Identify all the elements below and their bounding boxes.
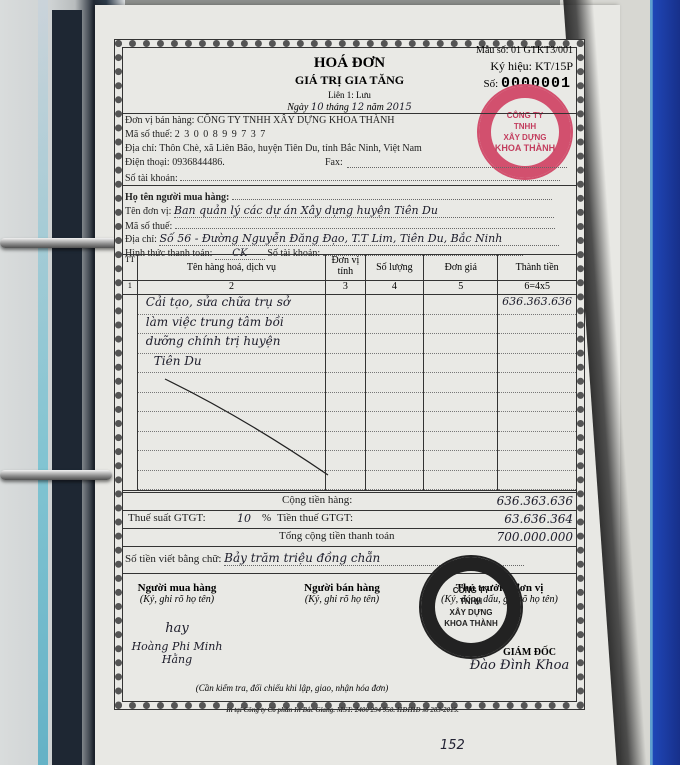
subtotal-label: Cộng tiền hàng: xyxy=(282,494,352,506)
amount-value: 636.363.636 xyxy=(498,295,576,315)
vat-rate-label: Thuế suất GTGT: xyxy=(128,512,206,524)
date-month: 12 xyxy=(351,102,364,113)
form-number: Mẫu số: 01 GTKT3/001 xyxy=(476,45,573,56)
seller-name: CÔNG TY TNHH XÂY DỰNG KHOA THÀNH xyxy=(197,115,395,126)
row-price xyxy=(424,295,498,491)
index-cell: 6=4x5 xyxy=(498,281,577,295)
strike-line-icon xyxy=(163,377,333,477)
row-quantity xyxy=(365,295,424,491)
buyer-address-row: Địa chỉ: Số 56 - Đường Nguyễn Đăng Đạo, … xyxy=(125,232,577,246)
percent-sign: % xyxy=(262,512,271,524)
col-description: Tên hàng hoá, dịch vụ xyxy=(137,255,325,281)
buyer-unit-row: Tên đơn vị: Ban quản lý các dự án Xây dự… xyxy=(125,204,577,218)
table-header: TT Tên hàng hoá, dịch vụ Đơn vị tính Số … xyxy=(123,255,577,281)
binder-ring-bottom xyxy=(0,470,112,480)
col-index: TT xyxy=(123,255,138,281)
words-label: Số tiền viết bằng chữ: xyxy=(125,553,221,565)
date-year-label: năm xyxy=(367,102,384,113)
row-description: Cải tạo, sửa chữa trụ sở làm việc trung … xyxy=(137,295,325,491)
buyer-name-row: Họ tên người mua hàng: xyxy=(125,190,577,203)
col-amount: Thành tiền xyxy=(498,255,577,281)
description-line: Cải tạo, sửa chữa trụ sở xyxy=(138,295,325,315)
fax-label: Fax: xyxy=(325,157,343,168)
binder-divider-strip xyxy=(38,0,48,765)
printer-footer: In tại Công ty Cổ phần In Bắc Giang. MST… xyxy=(115,706,570,714)
date-day: 10 xyxy=(311,102,324,113)
seller-tax-code: 2 3 0 0 8 9 9 7 3 7 xyxy=(175,129,267,140)
seller-signature-block: Người bán hàng (Ký, ghi rõ họ tên) xyxy=(282,582,402,605)
total-label: Tổng cộng tiền thanh toán xyxy=(279,530,394,542)
table-row: Cải tạo, sửa chữa trụ sở làm việc trung … xyxy=(123,295,577,491)
date-year: 2015 xyxy=(386,102,411,113)
col-price: Đơn giá xyxy=(424,255,498,281)
seller-address-row: Địa chỉ: Thôn Chè, xã Liên Bão, huyện Ti… xyxy=(125,143,577,154)
stamp-line: TNHH xyxy=(444,596,497,607)
index-cell: 1 xyxy=(123,281,138,295)
items-table: TT Tên hàng hoá, dịch vụ Đơn vị tính Số … xyxy=(122,254,577,491)
row-index xyxy=(123,295,138,491)
stamp-line: XÂY DỰNG xyxy=(444,607,497,618)
page-number: 152 xyxy=(440,738,465,753)
col-quantity: Số lượng xyxy=(365,255,424,281)
seller-sign-title: Người bán hàng xyxy=(282,582,402,594)
label: Địa chỉ: xyxy=(125,143,157,154)
buyer-address: Số 56 - Đường Nguyễn Đăng Đạo, T.T Lim, … xyxy=(159,232,559,246)
buyer-tax-row: Mã số thuế: xyxy=(125,219,577,232)
binder-ring-top xyxy=(0,238,122,248)
buyer-printed-name: Hoàng Phi Minh Hằng xyxy=(122,640,232,666)
stamp-line: KHOA THÀNH xyxy=(444,618,497,629)
seller-address: Thôn Chè, xã Liên Bão, huyện Tiên Du, tỉ… xyxy=(159,143,422,154)
binder-inner-cover xyxy=(52,10,82,765)
table-index-row: 1 2 3 4 5 6=4x5 xyxy=(123,281,577,295)
index-cell: 3 xyxy=(326,281,365,295)
col-unit: Đơn vị tính xyxy=(326,255,365,281)
seller-name-row: Đơn vị bán hàng: CÔNG TY TNHH XÂY DỰNG K… xyxy=(125,115,577,126)
buyer-signature-block: Người mua hàng (Ký, ghi rõ họ tên) hay H… xyxy=(122,582,232,666)
label: Điện thoại: xyxy=(125,157,170,168)
vat-rate-value: 10 xyxy=(237,512,251,525)
label: Tên đơn vị: xyxy=(125,206,171,217)
row-amount: 636.363.636 xyxy=(498,295,577,491)
buyer-sign-hint: (Ký, ghi rõ họ tên) xyxy=(122,594,232,605)
index-cell: 4 xyxy=(365,281,424,295)
vat-amount-label: Tiền thuế GTGT: xyxy=(277,512,353,524)
label: Đơn vị bán hàng: xyxy=(125,115,194,126)
date-day-label: Ngày xyxy=(287,102,308,113)
director-name: Đào Đình Khoa xyxy=(462,658,577,673)
label: Mã số thuế: xyxy=(125,129,172,140)
seller-phone: 0936844486. xyxy=(172,157,225,168)
number-label: Số: xyxy=(484,78,499,90)
buyer-sign-title: Người mua hàng xyxy=(122,582,232,594)
seller-phone-row: Điện thoại: 0936844486. Fax: xyxy=(125,157,577,168)
invoice-form: HOÁ ĐƠN GIÁ TRỊ GIA TĂNG Liên 1: Lưu Ngà… xyxy=(115,40,584,709)
serial-symbol: Ký hiệu: KT/15P xyxy=(490,59,573,74)
seller-sign-hint: (Ký, ghi rõ họ tên) xyxy=(282,594,402,605)
description-line: Tiên Du xyxy=(138,354,325,374)
check-note: (Cần kiểm tra, đối chiếu khi lập, giao, … xyxy=(122,683,462,693)
label: Số tài khoản: xyxy=(125,173,178,184)
date-month-label: tháng xyxy=(326,102,349,113)
seller-tax-row: Mã số thuế: 2 3 0 0 8 9 9 7 3 7 xyxy=(125,129,577,140)
buyer-signature: hay xyxy=(122,621,232,636)
index-cell: 5 xyxy=(424,281,498,295)
company-stamp-black: CÔNG TY TNHH XÂY DỰNG KHOA THÀNH xyxy=(419,555,523,659)
description-line: dưỡng chính trị huyện xyxy=(138,334,325,354)
vat-amount-value: 63.636.364 xyxy=(504,512,573,526)
blue-folder-edge xyxy=(650,0,680,765)
seller-account-row: Số tài khoản: xyxy=(125,171,577,184)
label: Địa chỉ: xyxy=(125,234,157,245)
stamp-line: CÔNG TY xyxy=(444,585,497,596)
amount-in-words-row: Số tiền viết bằng chữ: Bảy trăm triệu đồ… xyxy=(125,551,577,566)
label: Mã số thuế: xyxy=(125,221,172,232)
buyer-unit: Ban quản lý các dự án Xây dựng huyện Tiê… xyxy=(174,204,554,218)
subtotal-value: 636.363.636 xyxy=(497,494,573,508)
label: Họ tên người mua hàng: xyxy=(125,192,229,203)
total-value: 700.000.000 xyxy=(497,530,573,544)
index-cell: 2 xyxy=(137,281,325,295)
description-line: làm việc trung tâm bồi xyxy=(138,315,325,335)
